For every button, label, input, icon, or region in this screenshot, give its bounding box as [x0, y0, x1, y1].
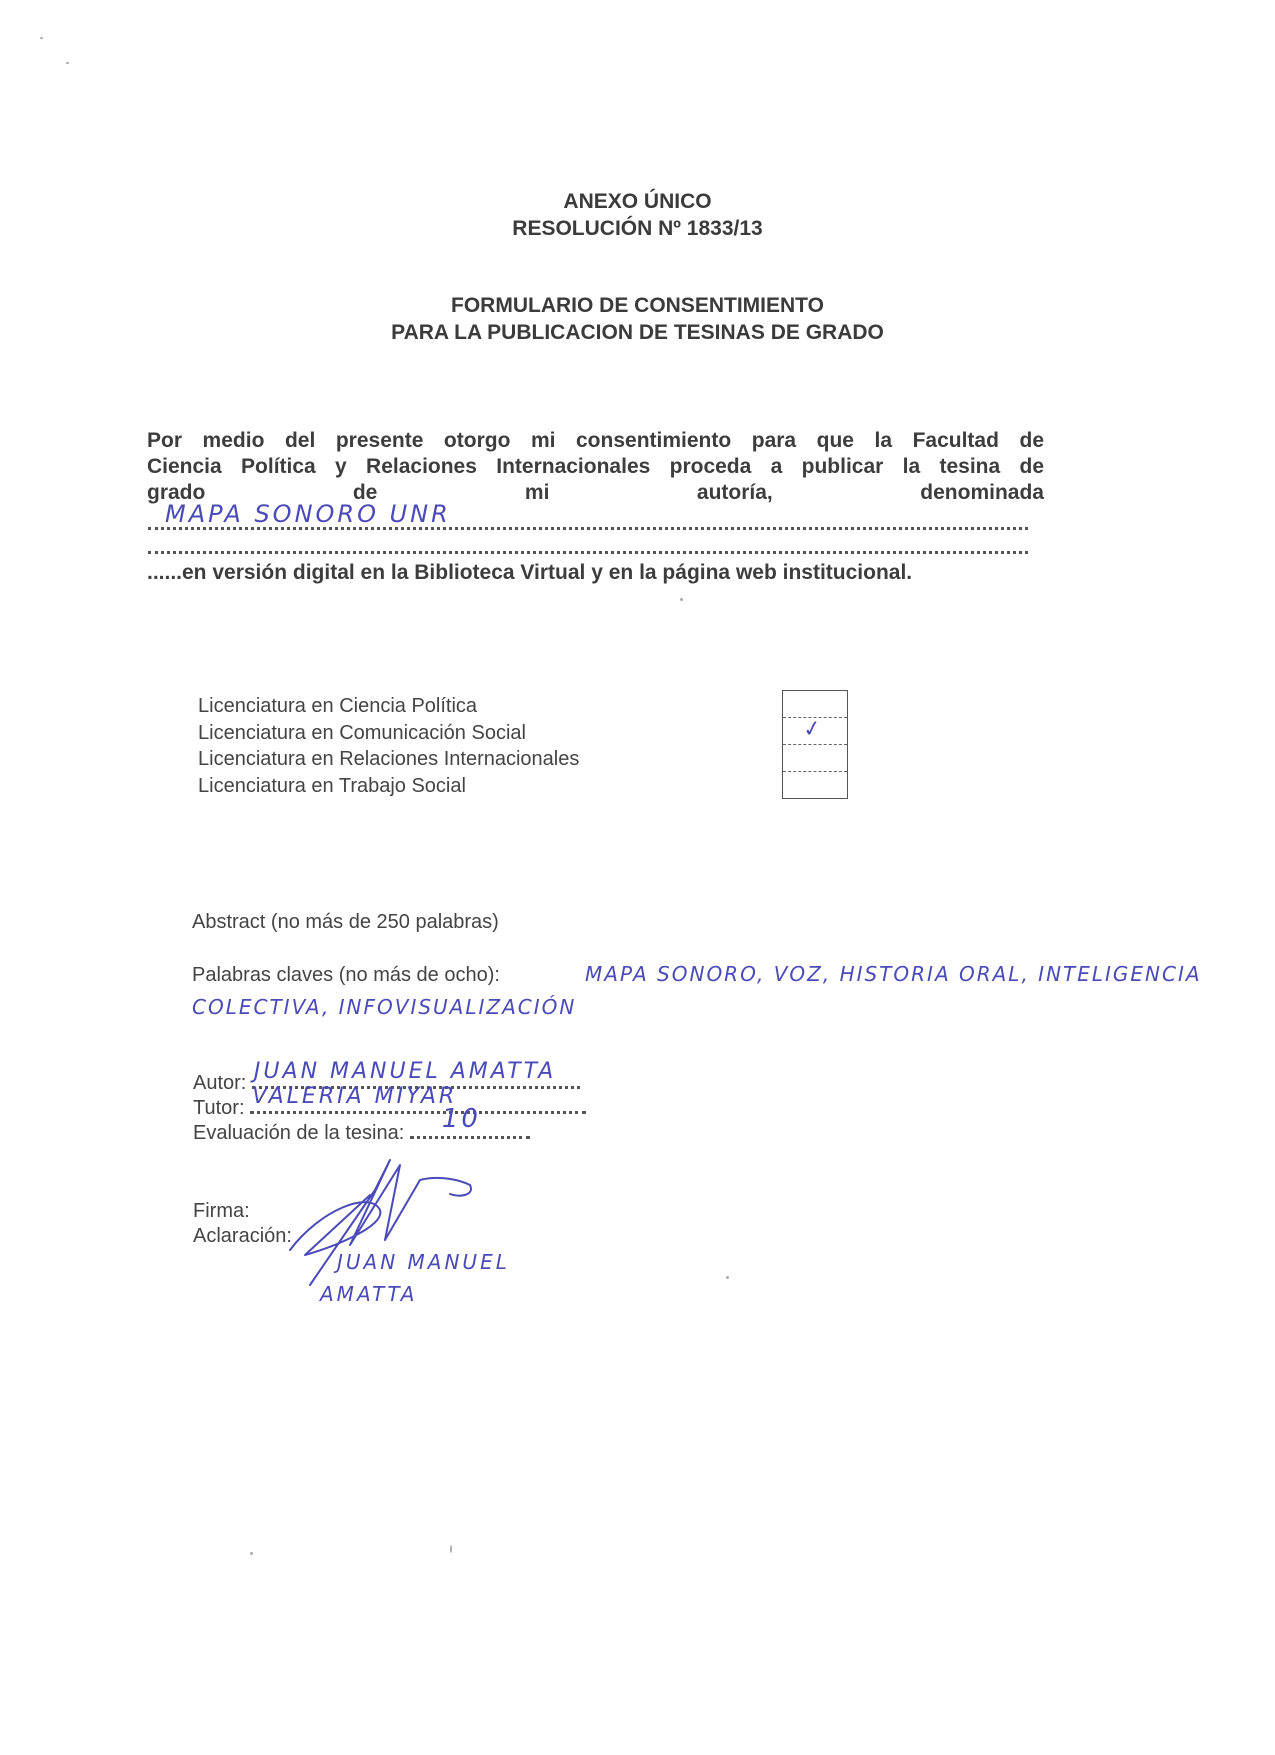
word: denominada	[920, 480, 1044, 506]
scan-speck	[680, 598, 683, 601]
career-comunicacion-social: Licenciatura en Comunicación Social	[198, 720, 526, 747]
checkbox-relaciones-internacionales[interactable]	[783, 745, 847, 772]
checkmark-icon: ✓	[801, 715, 824, 744]
autor-label: Autor:	[193, 1072, 246, 1094]
word: autoría,	[697, 480, 773, 506]
evaluacion-field[interactable]: 10	[410, 1118, 530, 1139]
career-relaciones-internacionales: Licenciatura en Relaciones Internacional…	[198, 746, 579, 773]
checkbox-comunicacion-social[interactable]: ✓	[783, 718, 847, 745]
evaluacion-value: 10	[442, 1104, 481, 1134]
resolution-number: RESOLUCIÓN Nº 1833/13	[0, 217, 1275, 241]
keywords-label: Palabras claves (no más de ocho):	[192, 964, 500, 987]
aclaracion-value-line-2: AMATTA	[320, 1282, 417, 1306]
career-checkbox-grid: ✓	[782, 690, 848, 799]
tutor-value: VALERIA MIYAR	[252, 1084, 457, 1109]
firma-label: Firma:	[193, 1200, 250, 1223]
evaluacion-label: Evaluación de la tesina:	[193, 1122, 404, 1144]
career-ciencia-politica: Licenciatura en Ciencia Política	[198, 693, 477, 720]
keywords-value-line-2: COLECTIVA, INFOVISUALIZACIÓN	[192, 995, 576, 1019]
keywords-value-line-1: MAPA SONORO, VOZ, HISTORIA ORAL, INTELIG…	[585, 962, 1202, 986]
scan-speck	[40, 37, 43, 39]
aclaracion-value-line-1: JUAN MANUEL	[337, 1250, 510, 1274]
thesis-title-field-line-2[interactable]	[148, 547, 1028, 554]
scan-speck	[250, 1552, 253, 1555]
evaluacion-row: Evaluación de la tesina: 10	[193, 1118, 530, 1145]
scan-speck	[450, 1545, 452, 1553]
tutor-field[interactable]: VALERIA MIYAR	[250, 1093, 586, 1114]
career-trabajo-social: Licenciatura en Trabajo Social	[198, 773, 466, 800]
annex-title: ANEXO ÚNICO	[0, 190, 1275, 214]
word: mi	[525, 480, 550, 506]
consent-line-1: Por medio del presente otorgo mi consent…	[147, 428, 1044, 454]
form-title: FORMULARIO DE CONSENTIMIENTO	[0, 294, 1275, 318]
consent-closing: ......en versión digital en la Bibliotec…	[147, 560, 1047, 586]
scan-speck	[66, 62, 69, 64]
checkbox-ciencia-politica[interactable]	[783, 691, 847, 718]
thesis-title-field-line-1[interactable]	[148, 523, 1028, 530]
consent-line-2: Ciencia Política y Relaciones Internacio…	[147, 454, 1044, 480]
checkbox-trabajo-social[interactable]	[783, 772, 847, 798]
autor-value: JUAN MANUEL AMATTA	[254, 1059, 556, 1084]
tutor-row: Tutor: VALERIA MIYAR	[193, 1093, 586, 1120]
abstract-label: Abstract (no más de 250 palabras)	[192, 911, 499, 934]
scan-speck	[726, 1276, 729, 1279]
aclaracion-label: Aclaración:	[193, 1225, 292, 1248]
tutor-label: Tutor:	[193, 1097, 245, 1119]
form-subtitle: PARA LA PUBLICACION DE TESINAS DE GRADO	[0, 321, 1275, 345]
